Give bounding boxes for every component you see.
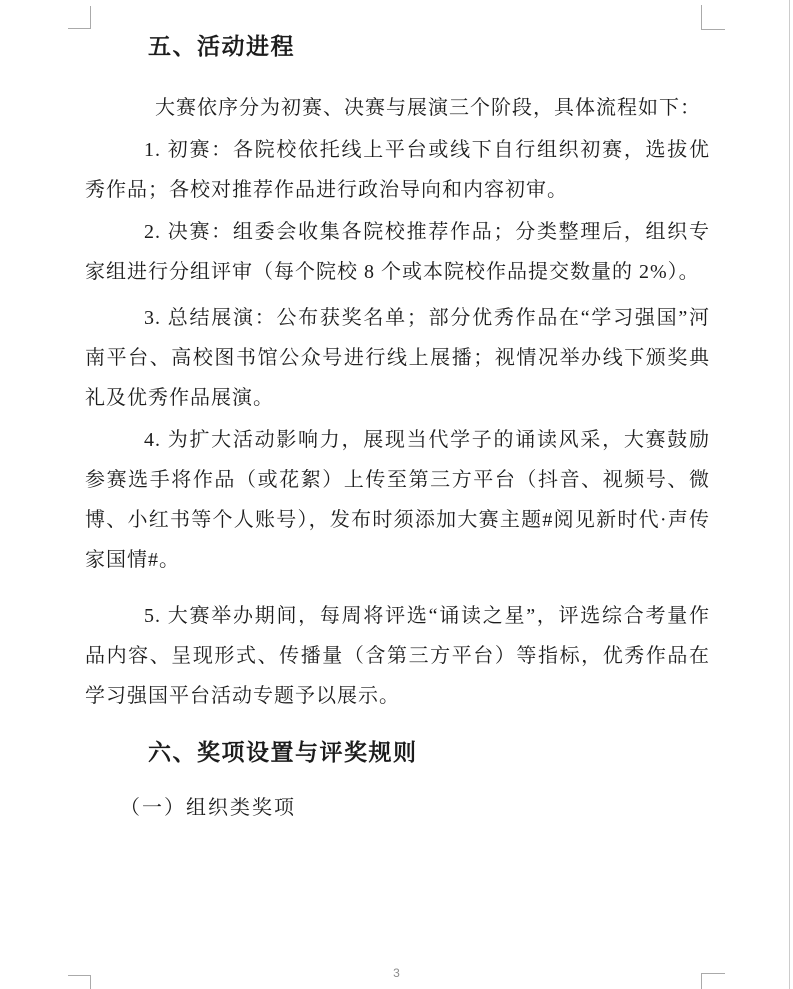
document-page: 五、活动进程 大赛依序分为初赛、决赛与展演三个阶段，具体流程如下： 1. 初赛：… — [0, 0, 793, 989]
page-number: 3 — [0, 966, 793, 980]
text-boundary-mark-top-right — [701, 29, 725, 30]
intro-paragraph: 大赛依序分为初赛、决赛与展演三个阶段，具体流程如下： — [85, 88, 710, 128]
section-heading-activity-process: 五、活动进程 — [148, 32, 295, 62]
text-boundary-mark-top-right — [701, 5, 702, 30]
list-item-summary-exhibition: 3. 总结展演：公布获奖名单；部分优秀作品在“学习强国”河南平台、高校图书馆公众… — [85, 298, 710, 418]
text-boundary-mark-top-left — [68, 28, 91, 29]
page-edge-line — [789, 0, 790, 989]
section-heading-awards-rules: 六、奖项设置与评奖规则 — [148, 738, 418, 768]
subsection-heading-organization-awards: （一）组织类奖项 — [120, 793, 296, 823]
list-item-preliminary-round: 1. 初赛：各院校依托线上平台或线下自行组织初赛，选拔优秀作品；各校对推荐作品进… — [85, 130, 710, 210]
list-item-final-round: 2. 决赛：组委会收集各院校推荐作品；分类整理后，组织专家组进行分组评审（每个院… — [85, 212, 710, 292]
list-item-third-party-platform: 4. 为扩大活动影响力，展现当代学子的诵读风采，大赛鼓励参赛选手将作品（或花絮）… — [85, 420, 710, 580]
text-boundary-mark-top-left — [90, 6, 91, 29]
list-item-weekly-star: 5. 大赛举办期间，每周将评选“诵读之星”，评选综合考量作品内容、呈现形式、传播… — [85, 596, 710, 716]
